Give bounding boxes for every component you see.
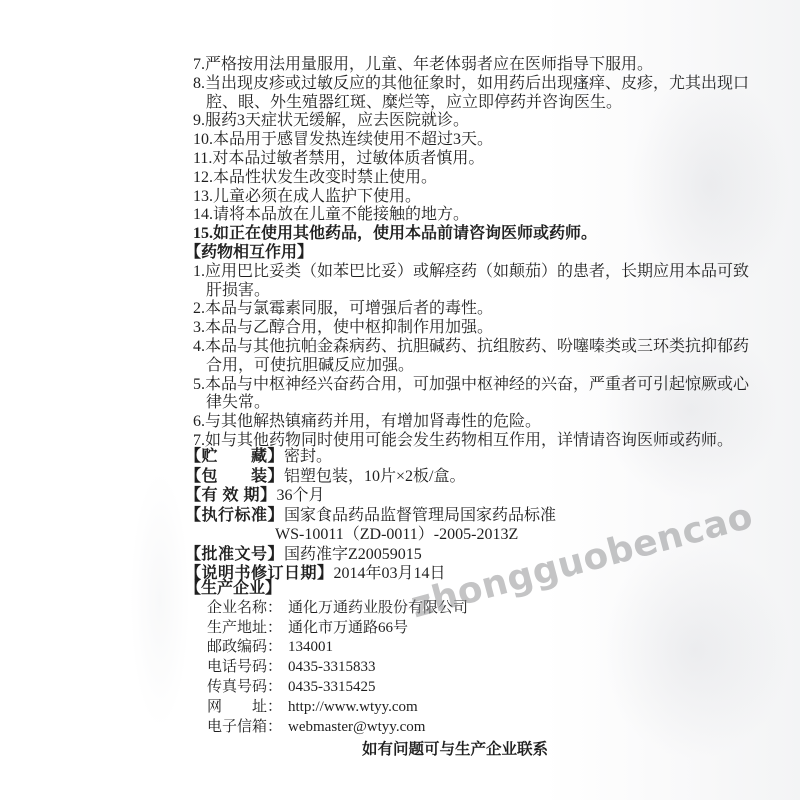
interactions-section: 【药物相互作用】 1.应用巴比妥类（如苯巴比妥）或解痉药（如颠茄）的患者，长期应… (185, 244, 751, 451)
address-value: 通化市万通路66号 (288, 620, 408, 636)
company-name-value: 通化万通药业股份有限公司 (288, 600, 468, 616)
phone-row: 电话号码：0435-3315833 (207, 658, 751, 678)
scanned-drug-insert-page: { "document": { "precautions": [ "7.严格按用… (0, 0, 800, 800)
interaction-item: 5.本品与中枢神经兴奋药合用，可加强中枢神经的兴奋，严重者可引起惊厥或心律失常。 (193, 376, 751, 414)
website-row: 网 址：http://www.wtyy.com (207, 698, 751, 718)
precaution-item: 12.本品性状发生改变时禁止使用。 (193, 169, 759, 188)
storage-field: 【贮 藏】密封。 (185, 447, 751, 467)
packaging-field: 【包 装】铝塑包装，10片×2板/盒。 (185, 467, 751, 487)
precautions-list: 7.严格按用法用量服用，儿童、年老体弱者应在医师指导下服用。 8.当出现皮疹或过… (185, 56, 759, 244)
precaution-item: 9.服药3天症状无缓解，应去医院就诊。 (193, 112, 759, 131)
website-label: 网 址： (207, 699, 282, 715)
shelf-life-value: 36个月 (277, 487, 325, 504)
email-label: 电子信箱： (207, 719, 282, 735)
postcode-label: 邮政编码： (207, 639, 282, 655)
interaction-item: 3.本品与乙醇合用，使中枢抑制作用加强。 (193, 319, 751, 338)
address-row: 生产地址：通化市万通路66号 (207, 619, 751, 639)
precaution-item: 11.对本品过敏者禁用，过敏体质者慎用。 (193, 150, 759, 169)
fax-value: 0435-3315425 (288, 679, 376, 695)
precaution-item: 15.如正在使用其他药品，使用本品前请咨询医师或药师。 (193, 225, 759, 244)
standard-field: 【执行标准】国家食品药品监督管理局国家药品标准 WS-10011（ZD-0011… (185, 506, 751, 545)
packaging-value: 铝塑包装，10片×2板/盒。 (284, 468, 465, 485)
precaution-item: 13.儿童必须在成人监护下使用。 (193, 188, 759, 207)
precaution-item: 7.严格按用法用量服用，儿童、年老体弱者应在医师指导下服用。 (193, 56, 759, 75)
contact-footer-note: 如有问题可与生产企业联系 (185, 737, 725, 759)
postcode-row: 邮政编码：134001 (207, 638, 751, 658)
interaction-item: 6.与其他解热镇痛药并用，有增加肾毒性的危险。 (193, 413, 751, 432)
approval-number-field: 【批准文号】国药准字Z20059015 (185, 545, 751, 565)
fax-row: 传真号码：0435-3315425 (207, 678, 751, 698)
email-row: 电子信箱：webmaster@wtyy.com (207, 718, 751, 738)
packaging-label: 【包 装】 (185, 468, 284, 485)
company-name-label: 企业名称： (207, 600, 282, 616)
fax-label: 传真号码： (207, 679, 282, 695)
standard-code: WS-10011（ZD-0011）-2005-2013Z (275, 525, 751, 545)
website-value: http://www.wtyy.com (288, 699, 418, 715)
standard-label: 【执行标准】 (185, 507, 284, 524)
manufacturer-details: 企业名称：通化万通药业股份有限公司 生产地址：通化市万通路66号 邮政编码：13… (207, 599, 751, 738)
precaution-item: 10.本品用于感冒发热连续使用不超过3天。 (193, 131, 759, 150)
approval-number-label: 【批准文号】 (185, 546, 284, 563)
fields-section: 【贮 藏】密封。 【包 装】铝塑包装，10片×2板/盒。 【有 效 期】36个月… (185, 447, 751, 584)
phone-label: 电话号码： (207, 659, 282, 675)
address-label: 生产地址： (207, 620, 282, 636)
precaution-item: 8.当出现皮疹或过敏反应的其他征象时，如用药后出现瘙痒、皮疹，尤其出现口腔、眼、… (193, 75, 759, 113)
email-value: webmaster@wtyy.com (288, 719, 425, 735)
standard-value: 国家食品药品监督管理局国家药品标准 (284, 507, 556, 524)
postcode-value: 134001 (288, 639, 333, 655)
storage-value: 密封。 (284, 448, 332, 465)
shelf-life-field: 【有 效 期】36个月 (185, 486, 751, 506)
shelf-life-label: 【有 效 期】 (185, 487, 277, 504)
company-name-row: 企业名称：通化万通药业股份有限公司 (207, 599, 751, 619)
manufacturer-section: 【生产企业】 企业名称：通化万通药业股份有限公司 生产地址：通化市万通路66号 … (185, 580, 751, 759)
approval-number-value: 国药准字Z20059015 (284, 546, 422, 563)
manufacturer-heading: 【生产企业】 (185, 580, 751, 599)
interactions-list: 1.应用巴比妥类（如苯巴比妥）或解痉药（如颠茄）的患者，长期应用本品可致肝损害。… (185, 263, 751, 451)
phone-value: 0435-3315833 (288, 659, 376, 675)
interactions-heading: 【药物相互作用】 (185, 244, 751, 263)
interaction-item: 1.应用巴比妥类（如苯巴比妥）或解痉药（如颠茄）的患者，长期应用本品可致肝损害。 (193, 263, 751, 301)
precaution-item: 14.请将本品放在儿童不能接触的地方。 (193, 206, 759, 225)
interaction-item: 2.本品与氯霉素同服，可增强后者的毒性。 (193, 300, 751, 319)
interaction-item: 4.本品与其他抗帕金森病药、抗胆碱药、抗组胺药、吩噻嗪类或三环类抗抑郁药合用，可… (193, 338, 751, 376)
storage-label: 【贮 藏】 (185, 448, 284, 465)
